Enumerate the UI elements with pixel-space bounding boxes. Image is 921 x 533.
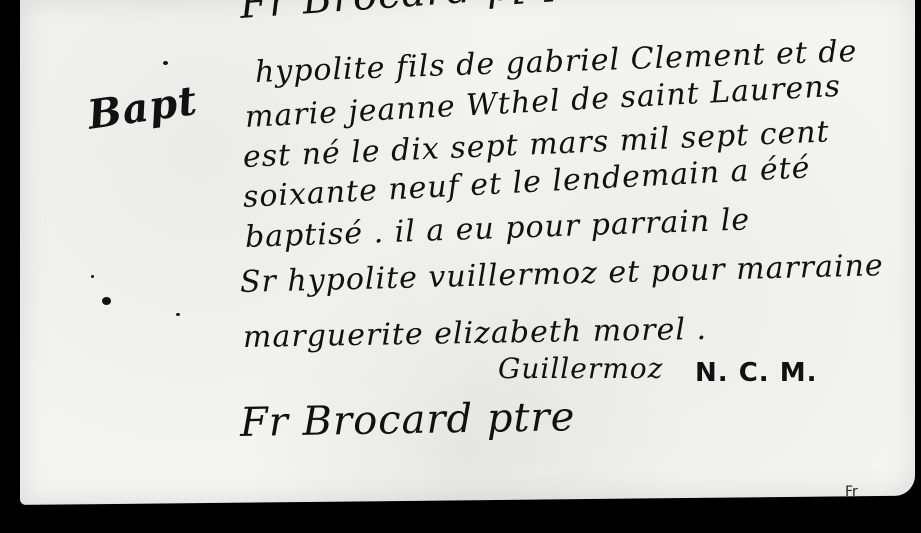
corner-mark: Fr [845, 484, 858, 500]
page-bottom-edge [0, 503, 921, 533]
ink-blot [163, 61, 168, 65]
page-right-edge [915, 0, 921, 533]
ink-blot [102, 297, 111, 305]
initials-mark: N. C. M. [695, 358, 817, 388]
scanned-document: Fr Brocard p[.] Bapt hypolite fils de ga… [0, 0, 921, 533]
ink-blot [91, 275, 94, 278]
ink-blot [176, 313, 180, 316]
priest-signature: Fr Brocard ptre [240, 394, 576, 446]
witness-signature: Guillermoz [498, 352, 663, 385]
